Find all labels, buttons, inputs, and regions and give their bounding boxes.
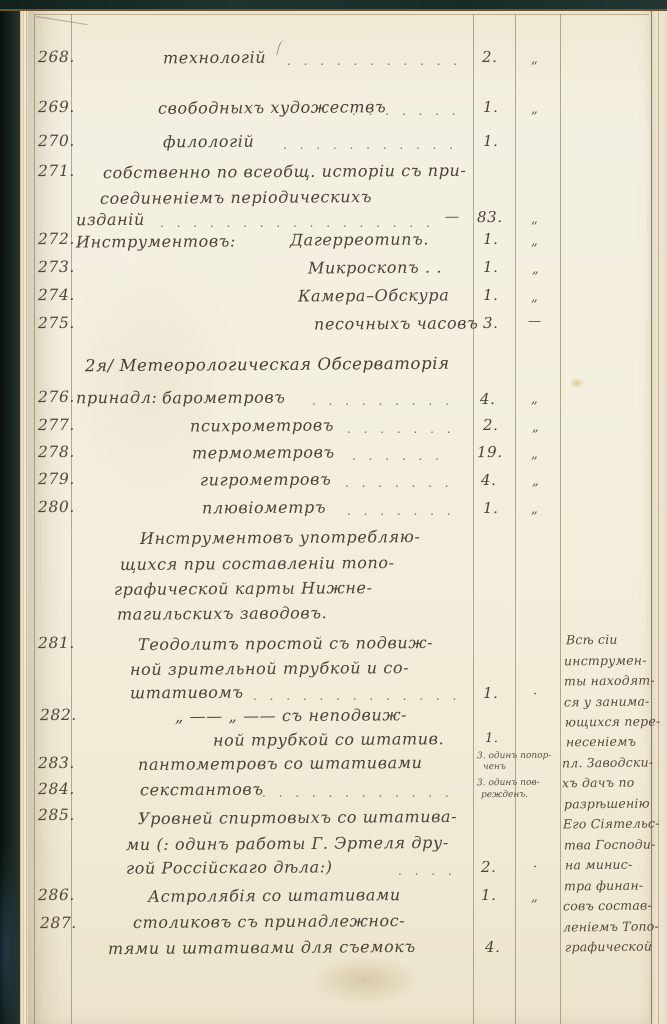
entry-text: Уровней спиртовыхъ со штатива- <box>138 807 457 828</box>
entry-number: 287. <box>40 914 77 932</box>
entry-text: Астролябія со штативами <box>148 885 401 906</box>
dot-leader: . . . . . . . . . . . . . . . . . . . . … <box>352 104 460 119</box>
entry-text: термометровъ <box>192 443 335 463</box>
scanned-ledger-page: 268. 269. 270. 271. 272. 273. 274. 275. … <box>0 0 667 1024</box>
dot-leader: . . . . . . . . . . . . . . . . . . . . … <box>283 138 461 153</box>
ditto-mark: · <box>533 860 538 875</box>
margin-note-line: хъ дачъ по <box>562 775 635 791</box>
entry-text: соединеніемъ періодическихъ <box>100 187 372 208</box>
entry-text: пантометровъ со штативами <box>138 753 423 774</box>
dot-leader: . . . . . . . . . . . . . . . . . . . . … <box>398 864 456 879</box>
entry-category-label: принадл: <box>76 388 158 408</box>
entry-text: секстантовъ <box>140 780 264 800</box>
entry-text: плювіометръ <box>202 498 326 518</box>
entry-number: 275. <box>38 314 75 332</box>
binding-shadow <box>0 840 20 1024</box>
entry-text: барометровъ <box>162 388 286 408</box>
entry-quantity: 3. <box>483 314 499 332</box>
ditto-mark: „ <box>531 290 538 305</box>
entry-text: гигрометровъ <box>200 470 331 490</box>
entry-text: Теодолитъ простой съ подвиж- <box>138 633 433 654</box>
margin-note-line: ся у занима- <box>564 694 650 710</box>
paragraph-line: графической карты Нижне- <box>114 578 373 599</box>
ditto-mark: „ <box>531 102 538 117</box>
margin-note-line: Всѣ сіи <box>566 632 618 648</box>
entry-quantity: 1. <box>481 886 497 904</box>
margin-note-line: леніемъ Топо- <box>563 918 659 934</box>
quantity-condition-note: 3. одинъ попор- <box>477 751 551 762</box>
entry-number: 269. <box>38 98 75 116</box>
entry-quantity: 4. <box>481 471 497 489</box>
paragraph-line: Инструментовъ употребляю- <box>140 527 421 548</box>
margin-note-line: на минис- <box>565 857 633 873</box>
page-crease <box>658 8 659 1024</box>
entry-quantity: 2. <box>482 48 498 66</box>
entry-text: столиковъ съ принадлежнос- <box>133 911 405 932</box>
dot-leader: . . . . . . . . . . . . . . . . . . . . … <box>345 476 455 491</box>
entry-quantity: 1. <box>483 684 499 702</box>
ditto-mark: · <box>533 687 538 702</box>
dot-leader: . . . . . . . . . . . . . . . . . . . . … <box>287 54 459 69</box>
margin-note-line: тра финан- <box>564 878 643 894</box>
dot-leader: . . . . . . . . . . . . . . . . . . . . … <box>312 394 460 409</box>
entry-number: 271. <box>38 162 75 180</box>
ditto-mark: „ <box>531 502 538 517</box>
ditto-dash: — <box>528 314 542 329</box>
entry-number: 282. <box>40 706 77 724</box>
margin-note-line: несеніемъ <box>566 734 636 750</box>
entry-text: Дагерреотипъ. <box>290 230 429 250</box>
margin-note-line: совъ состав- <box>563 898 652 914</box>
manuscript-page <box>28 8 652 1024</box>
entry-number: 270. <box>38 132 75 150</box>
paper-stain <box>570 378 584 388</box>
quantity-condition-note: ченъ <box>483 762 506 772</box>
entry-quantity: 1. <box>483 258 499 276</box>
entry-quantity: 83. <box>477 208 503 226</box>
paragraph-line: щихся при составленіи топо- <box>120 553 395 574</box>
entry-number: 286. <box>38 886 75 904</box>
entry-text: филологій <box>163 132 255 152</box>
entry-number: 278. <box>38 443 75 461</box>
entry-number: 280. <box>38 498 75 516</box>
ditto-mark: „ <box>531 212 538 227</box>
entry-text: ной трубкой со штатив. <box>213 729 444 750</box>
entry-number: 272. <box>38 230 75 248</box>
entry-text: Микроскопъ . . <box>308 258 442 278</box>
entry-text: песочныхъ часовъ <box>314 313 478 333</box>
entry-quantity: 1. <box>483 230 499 248</box>
quantity-condition-note: режденъ. <box>481 790 528 800</box>
entry-text: гой Россійскаго дѣла:) <box>126 857 333 877</box>
book-top-edge <box>0 0 667 11</box>
entry-text: тями и штативами для съемокъ <box>108 937 416 958</box>
dot-leader: . . . . . . . . . . . . . . . . . . . . … <box>160 216 438 231</box>
dot-leader: . . . . . . . . . . . . . . . . . . . . … <box>347 504 457 519</box>
entry-text: ной зрительной трубкой и со- <box>130 658 409 679</box>
entry-text: собственно по всеобщ. исторіи съ при- <box>103 161 467 183</box>
entry-number: 277. <box>38 416 75 434</box>
ditto-mark: „ <box>531 392 538 407</box>
dot-leader: . . . . . . . . . . . . . . . . . . . . … <box>347 422 459 437</box>
ditto-mark: „ <box>532 474 539 489</box>
entry-number: 268. <box>38 48 75 66</box>
rule-left-of-numbers <box>34 14 35 1024</box>
margin-note-line: ющихся пере- <box>565 714 660 730</box>
entry-quantity: 1. <box>485 731 499 746</box>
entry-quantity: 1. <box>483 286 499 304</box>
margin-note-line: пл. Заводски- <box>562 755 653 771</box>
rule-margin-column <box>560 14 561 1024</box>
entry-number: 279. <box>38 470 75 488</box>
dot-leader: . . . . . . . . . . . . . . . . . . . . … <box>253 689 458 704</box>
dot-leader: . . . . . . . . . . . . . . . . . . . . … <box>352 449 452 464</box>
leader-dash: — <box>445 209 460 225</box>
entry-number: 276. <box>38 388 75 406</box>
next-page-edge <box>652 8 667 1024</box>
dot-leader: . . . . . . . . . . . . . . . . . . . . … <box>262 786 462 801</box>
paragraph-line: тагильскихъ заводовъ. <box>117 603 327 623</box>
top-rule <box>34 14 649 15</box>
entry-category-label: Инструментовъ: <box>76 231 236 251</box>
entry-text: изданій <box>76 210 145 229</box>
margin-note-line: ты находят- <box>564 673 655 689</box>
entry-number: 283. <box>38 754 75 772</box>
entry-quantity: 19. <box>477 443 503 461</box>
entry-text: „ —— „ —— съ неподвиж- <box>175 705 407 726</box>
entry-text: психрометровъ <box>190 415 334 435</box>
entry-quantity: 2. <box>483 416 499 434</box>
ditto-mark: „ <box>531 890 538 905</box>
entry-quantity: 4. <box>485 938 501 956</box>
entry-text: штативомъ <box>130 683 244 703</box>
entry-text: Камера–Обскура <box>298 285 449 305</box>
ditto-mark: „ <box>531 234 538 249</box>
entry-number: 281. <box>38 634 75 652</box>
entry-quantity: 2. <box>481 858 497 876</box>
entry-quantity: 1. <box>483 98 499 116</box>
rule-ditto-column <box>515 14 516 1024</box>
margin-note-line: тва Господи- <box>564 837 656 853</box>
entry-number: 274. <box>38 286 75 304</box>
ditto-mark: „ <box>531 447 538 462</box>
ditto-mark: „ <box>531 52 538 67</box>
paper-stain <box>310 955 420 1005</box>
margin-note-line: графической <box>565 939 652 955</box>
quantity-condition-note: 3. одинъ пов- <box>477 778 540 788</box>
entry-text: ми (: одинъ работы Г. Эртеля дру- <box>126 833 449 854</box>
entry-number: 273. <box>38 258 75 276</box>
ditto-mark: „ <box>532 262 539 277</box>
entry-text: технологій <box>163 48 266 68</box>
entry-number: 285. <box>38 806 75 824</box>
entry-quantity: 1. <box>483 499 499 517</box>
margin-note-line: Его Сіятельс- <box>563 815 660 831</box>
entry-number: 284. <box>38 780 75 798</box>
margin-note-line: инструмен- <box>564 653 647 669</box>
entry-quantity: 4. <box>480 390 496 408</box>
section-heading: 2я/ Метеорологическая Обсерваторія <box>85 354 450 376</box>
ditto-mark: „ <box>532 420 539 435</box>
rule-quantity-column <box>473 14 474 1024</box>
margin-note-line: разрѣшенію <box>564 796 650 812</box>
entry-quantity: 1. <box>483 132 499 150</box>
